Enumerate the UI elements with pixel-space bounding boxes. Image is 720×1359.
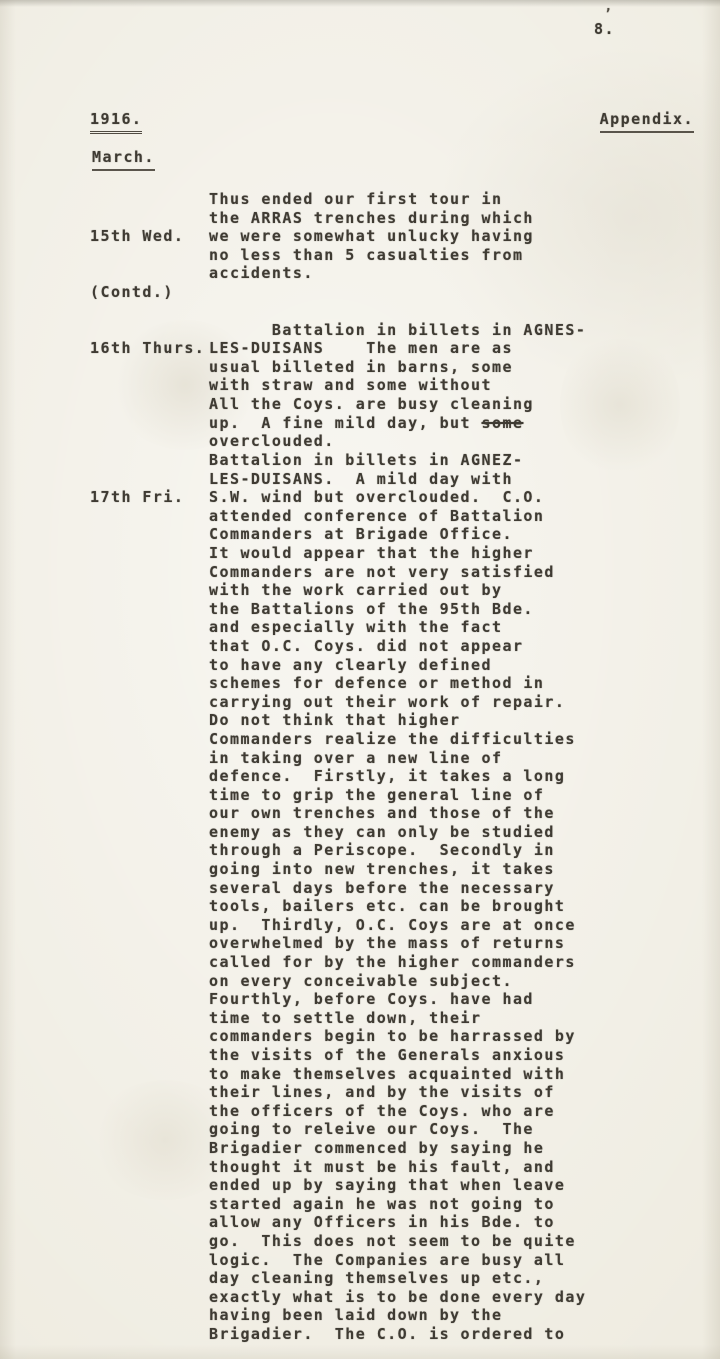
entry-body-text: overclouded. xyxy=(209,432,335,450)
war-diary-page: ’ 8. 1916. Appendix. March. 15th Wed. (C… xyxy=(0,0,720,1359)
entry-body: Battalion in billets in AGNEZ- LES-DUISA… xyxy=(209,451,586,1344)
entry-date-column: 17th Fri. xyxy=(90,451,209,544)
entry-date: 16th Thurs. xyxy=(90,339,209,358)
struck-out-word: some xyxy=(482,414,524,432)
entry-body: Battalion in billets in AGNES- LES-DUISA… xyxy=(209,302,586,469)
month-heading: March. xyxy=(92,148,155,171)
page-number: 8. xyxy=(594,20,615,39)
entry-body-text: Battalion in billets in AGNES- LES-DUISA… xyxy=(209,321,586,432)
month-heading-text: March. xyxy=(92,148,155,171)
entry-body: Thus ended our first tour in the ARRAS t… xyxy=(209,190,534,283)
year-heading: 1916. xyxy=(90,110,142,134)
entry-date: 15th Wed. xyxy=(90,227,209,246)
diary-entry-17th-fri: 17th Fri. Battalion in billets in AGNEZ-… xyxy=(90,451,586,1344)
page-header: 1916. Appendix. xyxy=(90,110,694,134)
diary-entry-16th-thurs: 16th Thurs. Battalion in billets in AGNE… xyxy=(90,302,586,469)
entry-date: 17th Fri. xyxy=(90,488,209,507)
entry-date-column: 16th Thurs. xyxy=(90,302,209,395)
appendix-heading: Appendix. xyxy=(600,110,694,133)
entry-date-note: (Contd.) xyxy=(90,283,209,302)
